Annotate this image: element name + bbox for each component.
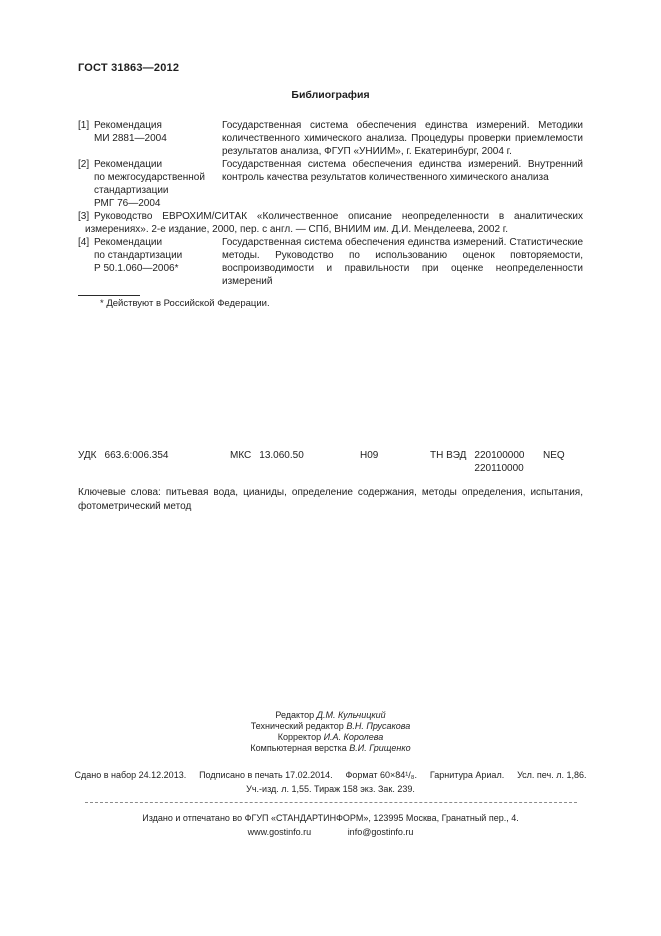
mks-value: 13.060.50 bbox=[259, 449, 304, 475]
entry-description: Государственная система обеспечения един… bbox=[222, 158, 583, 184]
colophon: Редактор Д.М. Кульчицкий Технический ред… bbox=[0, 710, 661, 795]
footnote-text: * Действуют в Российской Федерации. bbox=[78, 298, 583, 309]
imprint-segment: Подписано в печать 17.02.2014. bbox=[199, 770, 333, 781]
staff-line: Компьютерная верстка В.И. Грищенко bbox=[0, 743, 661, 754]
mks-cell: МКС 13.060.50 bbox=[230, 449, 360, 475]
publisher-line: Издано и отпечатано во ФГУП «СТАНДАРТИНФ… bbox=[0, 812, 661, 824]
contact-line: www.gostinfo.ru info@gostinfo.ru bbox=[0, 826, 661, 838]
mks-label: МКС bbox=[230, 449, 251, 475]
staff-line: Технический редактор В.Н. Прусакова bbox=[0, 721, 661, 732]
entry-number: [2] bbox=[78, 158, 94, 210]
tnved-cell: ТН ВЭД 220100000 220110000 bbox=[430, 449, 543, 475]
group-code: Н09 bbox=[360, 449, 430, 475]
udk-label: УДК bbox=[78, 449, 97, 475]
entry-label-column: [1] Рекомендация МИ 2881—2004 bbox=[78, 119, 222, 145]
entry-label-line: МИ 2881—2004 bbox=[94, 132, 222, 145]
udk-value: 663.6:006.354 bbox=[105, 449, 169, 475]
udk-cell: УДК 663.6:006.354 bbox=[78, 449, 230, 475]
entry-description: Государственная система обеспечения един… bbox=[222, 236, 583, 288]
staff-name: И.А. Королева bbox=[324, 732, 384, 742]
website-url: www.gostinfo.ru bbox=[248, 827, 312, 837]
entry-number: [4] bbox=[78, 236, 94, 275]
imprint-segment: Формат 60×84¹/₈. bbox=[346, 770, 417, 781]
entry-description: Государственная система обеспечения един… bbox=[222, 119, 583, 158]
imprint-segment: Гарнитура Ариал. bbox=[430, 770, 504, 781]
keywords-paragraph: Ключевые слова: питьевая вода, цианиды, … bbox=[78, 486, 583, 514]
entry-label-line: по межгосударственной bbox=[94, 171, 222, 184]
entry-label-line: Рекомендации bbox=[94, 236, 222, 249]
publisher-block: Издано и отпечатано во ФГУП «СТАНДАРТИНФ… bbox=[0, 802, 661, 838]
staff-name: Д.М. Кульчицкий bbox=[317, 710, 386, 720]
bibliography-entry-1: [1] Рекомендация МИ 2881—2004 Государств… bbox=[78, 119, 583, 158]
bibliography-entry-3: [3]Руководство ЕВРОХИМ/СИТАК «Количестве… bbox=[78, 210, 583, 236]
staff-line: Корректор И.А. Королева bbox=[0, 732, 661, 743]
tnved-value: 220110000 bbox=[474, 462, 524, 475]
document-page: ГОСТ 31863—2012 Библиография [1] Рекомен… bbox=[0, 0, 661, 936]
imprint-segment: Сдано в набор 24.12.2013. bbox=[75, 770, 187, 781]
staff-line: Редактор Д.М. Кульчицкий bbox=[0, 710, 661, 721]
staff-role: Корректор bbox=[278, 732, 324, 742]
tnved-values: 220100000 220110000 bbox=[474, 449, 524, 475]
staff-role: Компьютерная верстка bbox=[250, 743, 349, 753]
imprint-line-1: Сдано в набор 24.12.2013. Подписано в пе… bbox=[75, 770, 587, 781]
staff-role: Технический редактор bbox=[251, 721, 347, 731]
entry-label-line: по стандартизации bbox=[94, 249, 222, 262]
entry-label: Рекомендация МИ 2881—2004 bbox=[94, 119, 222, 145]
entry-number: [3] bbox=[78, 210, 94, 223]
top-section: ГОСТ 31863—2012 Библиография [1] Рекомен… bbox=[78, 62, 583, 309]
bibliography-list: [1] Рекомендация МИ 2881—2004 Государств… bbox=[78, 119, 583, 288]
entry-label-line: РМГ 76—2004 bbox=[94, 197, 222, 210]
neq-mark: NEQ bbox=[543, 449, 583, 475]
entry-label: Рекомендации по межгосударственной станд… bbox=[94, 158, 222, 210]
tnved-value: 220100000 bbox=[474, 449, 524, 462]
entry-label-line: Р 50.1.060—2006* bbox=[94, 262, 222, 275]
bibliography-entry-2: [2] Рекомендации по межгосударственной с… bbox=[78, 158, 583, 210]
entry-label: Рекомендации по стандартизации Р 50.1.06… bbox=[94, 236, 222, 275]
section-title: Библиография bbox=[78, 89, 583, 101]
footnote-rule bbox=[78, 295, 140, 296]
staff-name: В.И. Грищенко bbox=[349, 743, 410, 753]
entry-text: Руководство ЕВРОХИМ/СИТАК «Количественно… bbox=[85, 211, 583, 235]
divider-rule bbox=[85, 802, 577, 803]
tnved-label: ТН ВЭД bbox=[430, 449, 466, 475]
footnote: * Действуют в Российской Федерации. bbox=[78, 295, 583, 309]
document-number: ГОСТ 31863—2012 bbox=[78, 62, 583, 74]
entry-label-line: Рекомендации bbox=[94, 158, 222, 171]
staff-name: В.Н. Прусакова bbox=[346, 721, 410, 731]
entry-label-column: [2] Рекомендации по межгосударственной с… bbox=[78, 158, 222, 210]
entry-number: [1] bbox=[78, 119, 94, 145]
entry-label-line: стандартизации bbox=[94, 184, 222, 197]
entry-label-column: [4] Рекомендации по стандартизации Р 50.… bbox=[78, 236, 222, 275]
imprint-line-2: Уч.-изд. л. 1,55. Тираж 158 экз. Зак. 23… bbox=[0, 784, 661, 795]
entry-label-line: Рекомендация bbox=[94, 119, 222, 132]
imprint-segment: Усл. печ. л. 1,86. bbox=[517, 770, 586, 781]
staff-role: Редактор bbox=[275, 710, 316, 720]
bibliography-entry-4: [4] Рекомендации по стандартизации Р 50.… bbox=[78, 236, 583, 288]
email-address: info@gostinfo.ru bbox=[348, 827, 414, 837]
classification-row: УДК 663.6:006.354 МКС 13.060.50 Н09 ТН В… bbox=[78, 449, 583, 475]
